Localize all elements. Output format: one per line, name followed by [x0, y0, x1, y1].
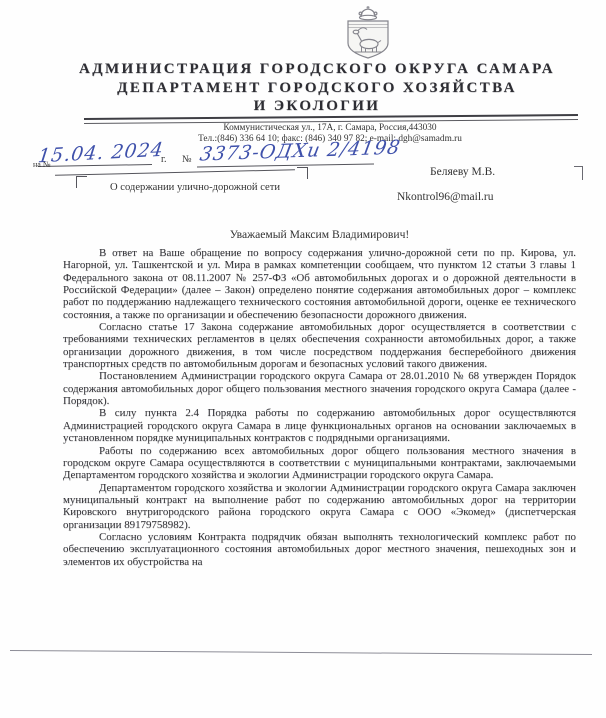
body-paragraph: Согласно статье 17 Закона содержание авт… [63, 321, 576, 370]
body-paragraph: В ответ на Ваше обращение по вопросу сод… [63, 247, 576, 321]
recipient-email: Nkontrol96@mail.ru [397, 191, 494, 203]
number-sign-label: № [182, 154, 192, 165]
reply-to-underline [55, 169, 295, 175]
org-postal-address: Коммунистическая ул., 17А, г. Самара, Ро… [95, 123, 565, 134]
org-name-line1: АДМИНИСТРАЦИЯ ГОРОДСКОГО ОКРУГА САМАРА [48, 60, 586, 79]
org-name-line3: И ЭКОЛОГИИ [48, 97, 586, 116]
organization-name: АДМИНИСТРАЦИЯ ГОРОДСКОГО ОКРУГА САМАРА Д… [48, 60, 586, 116]
scan-page-edge-line [10, 650, 592, 655]
addressee-corner-bracket [574, 166, 583, 180]
body-paragraph: В силу пункта 2.4 Порядка работы по соде… [63, 407, 576, 444]
handwritten-date: 15.04. 2024 [37, 139, 165, 168]
body-paragraph: Департаментом городского хозяйства и эко… [63, 482, 576, 531]
recipient-name: Беляеву М.В. [430, 166, 495, 178]
body-paragraph: Постановлением Администрации городского … [63, 370, 576, 407]
org-name-line2: ДЕПАРТАМЕНТ ГОРОДСКОГО ХОЗЯЙСТВА [48, 79, 586, 98]
date-suffix-label: г. [161, 154, 166, 165]
samara-coat-of-arms-icon [334, 4, 402, 66]
subject-corner-bracket-right [297, 167, 308, 179]
reply-to-number-label: на № [33, 160, 50, 169]
body-paragraph: Работы по содержанию всех автомобильных … [63, 445, 576, 482]
salutation: Уважаемый Максим Владимирович! [63, 228, 576, 241]
scanned-letter-page: АДМИНИСТРАЦИЯ ГОРОДСКОГО ОКРУГА САМАРА Д… [0, 0, 606, 718]
body-paragraph: Согласно условиям Контракта подрядчик об… [63, 531, 576, 568]
letter-subject: О содержании улично-дорожной сети [86, 182, 304, 193]
letter-body: В ответ на Ваше обращение по вопросу сод… [63, 247, 576, 568]
